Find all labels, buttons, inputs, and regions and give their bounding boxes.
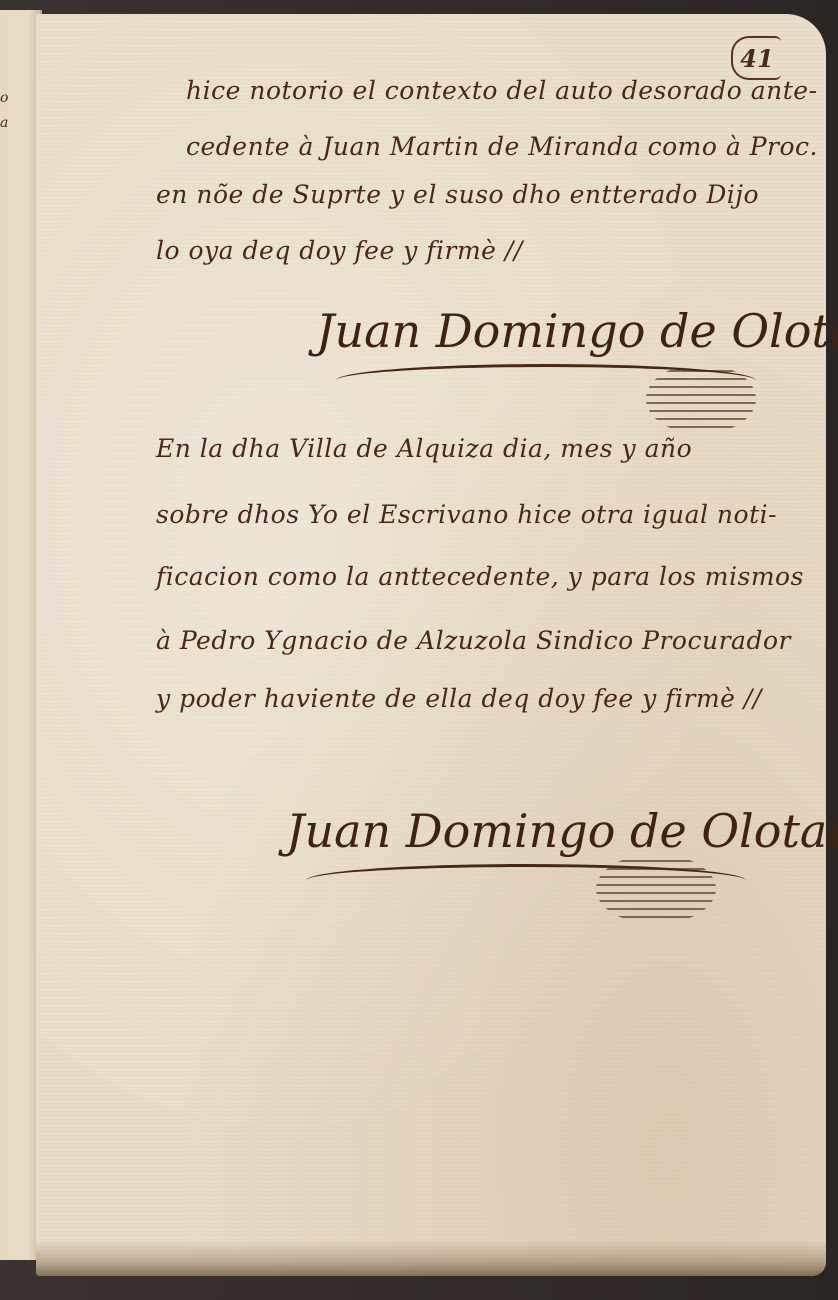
text-line: en nõe de Suprte y el suso dho entterado… [156,180,759,209]
signature: Juan Domingo de Olotae [286,804,838,858]
text-line: lo oya deq doy fee y firmè // [156,236,523,265]
margin-fragment: o [0,90,8,106]
text-line: sobre dhos Yo el Escrivano hice otra igu… [156,500,777,529]
signature-rubric [596,854,716,924]
signature: Juan Domingo de Olotae [316,304,838,358]
folio-number: 41 [731,36,781,80]
text-line: hice notorio el contexto del auto desora… [186,76,818,105]
text-line: En la dha Villa de Alquiza dia, mes y añ… [156,434,692,463]
manuscript-page: 41 hice notorio el contexto del auto des… [36,14,826,1276]
text-line: à Pedro Ygnacio de Alzuzola Sindico Proc… [156,626,791,655]
margin-fragment: a [0,115,8,131]
text-line: ficacion como la anttecedente, y para lo… [156,562,804,591]
text-line: cedente à Juan Martin de Miranda como à … [186,132,818,161]
signature-rubric [646,364,756,434]
text-line: y poder haviente de ella deq doy fee y f… [156,684,762,713]
